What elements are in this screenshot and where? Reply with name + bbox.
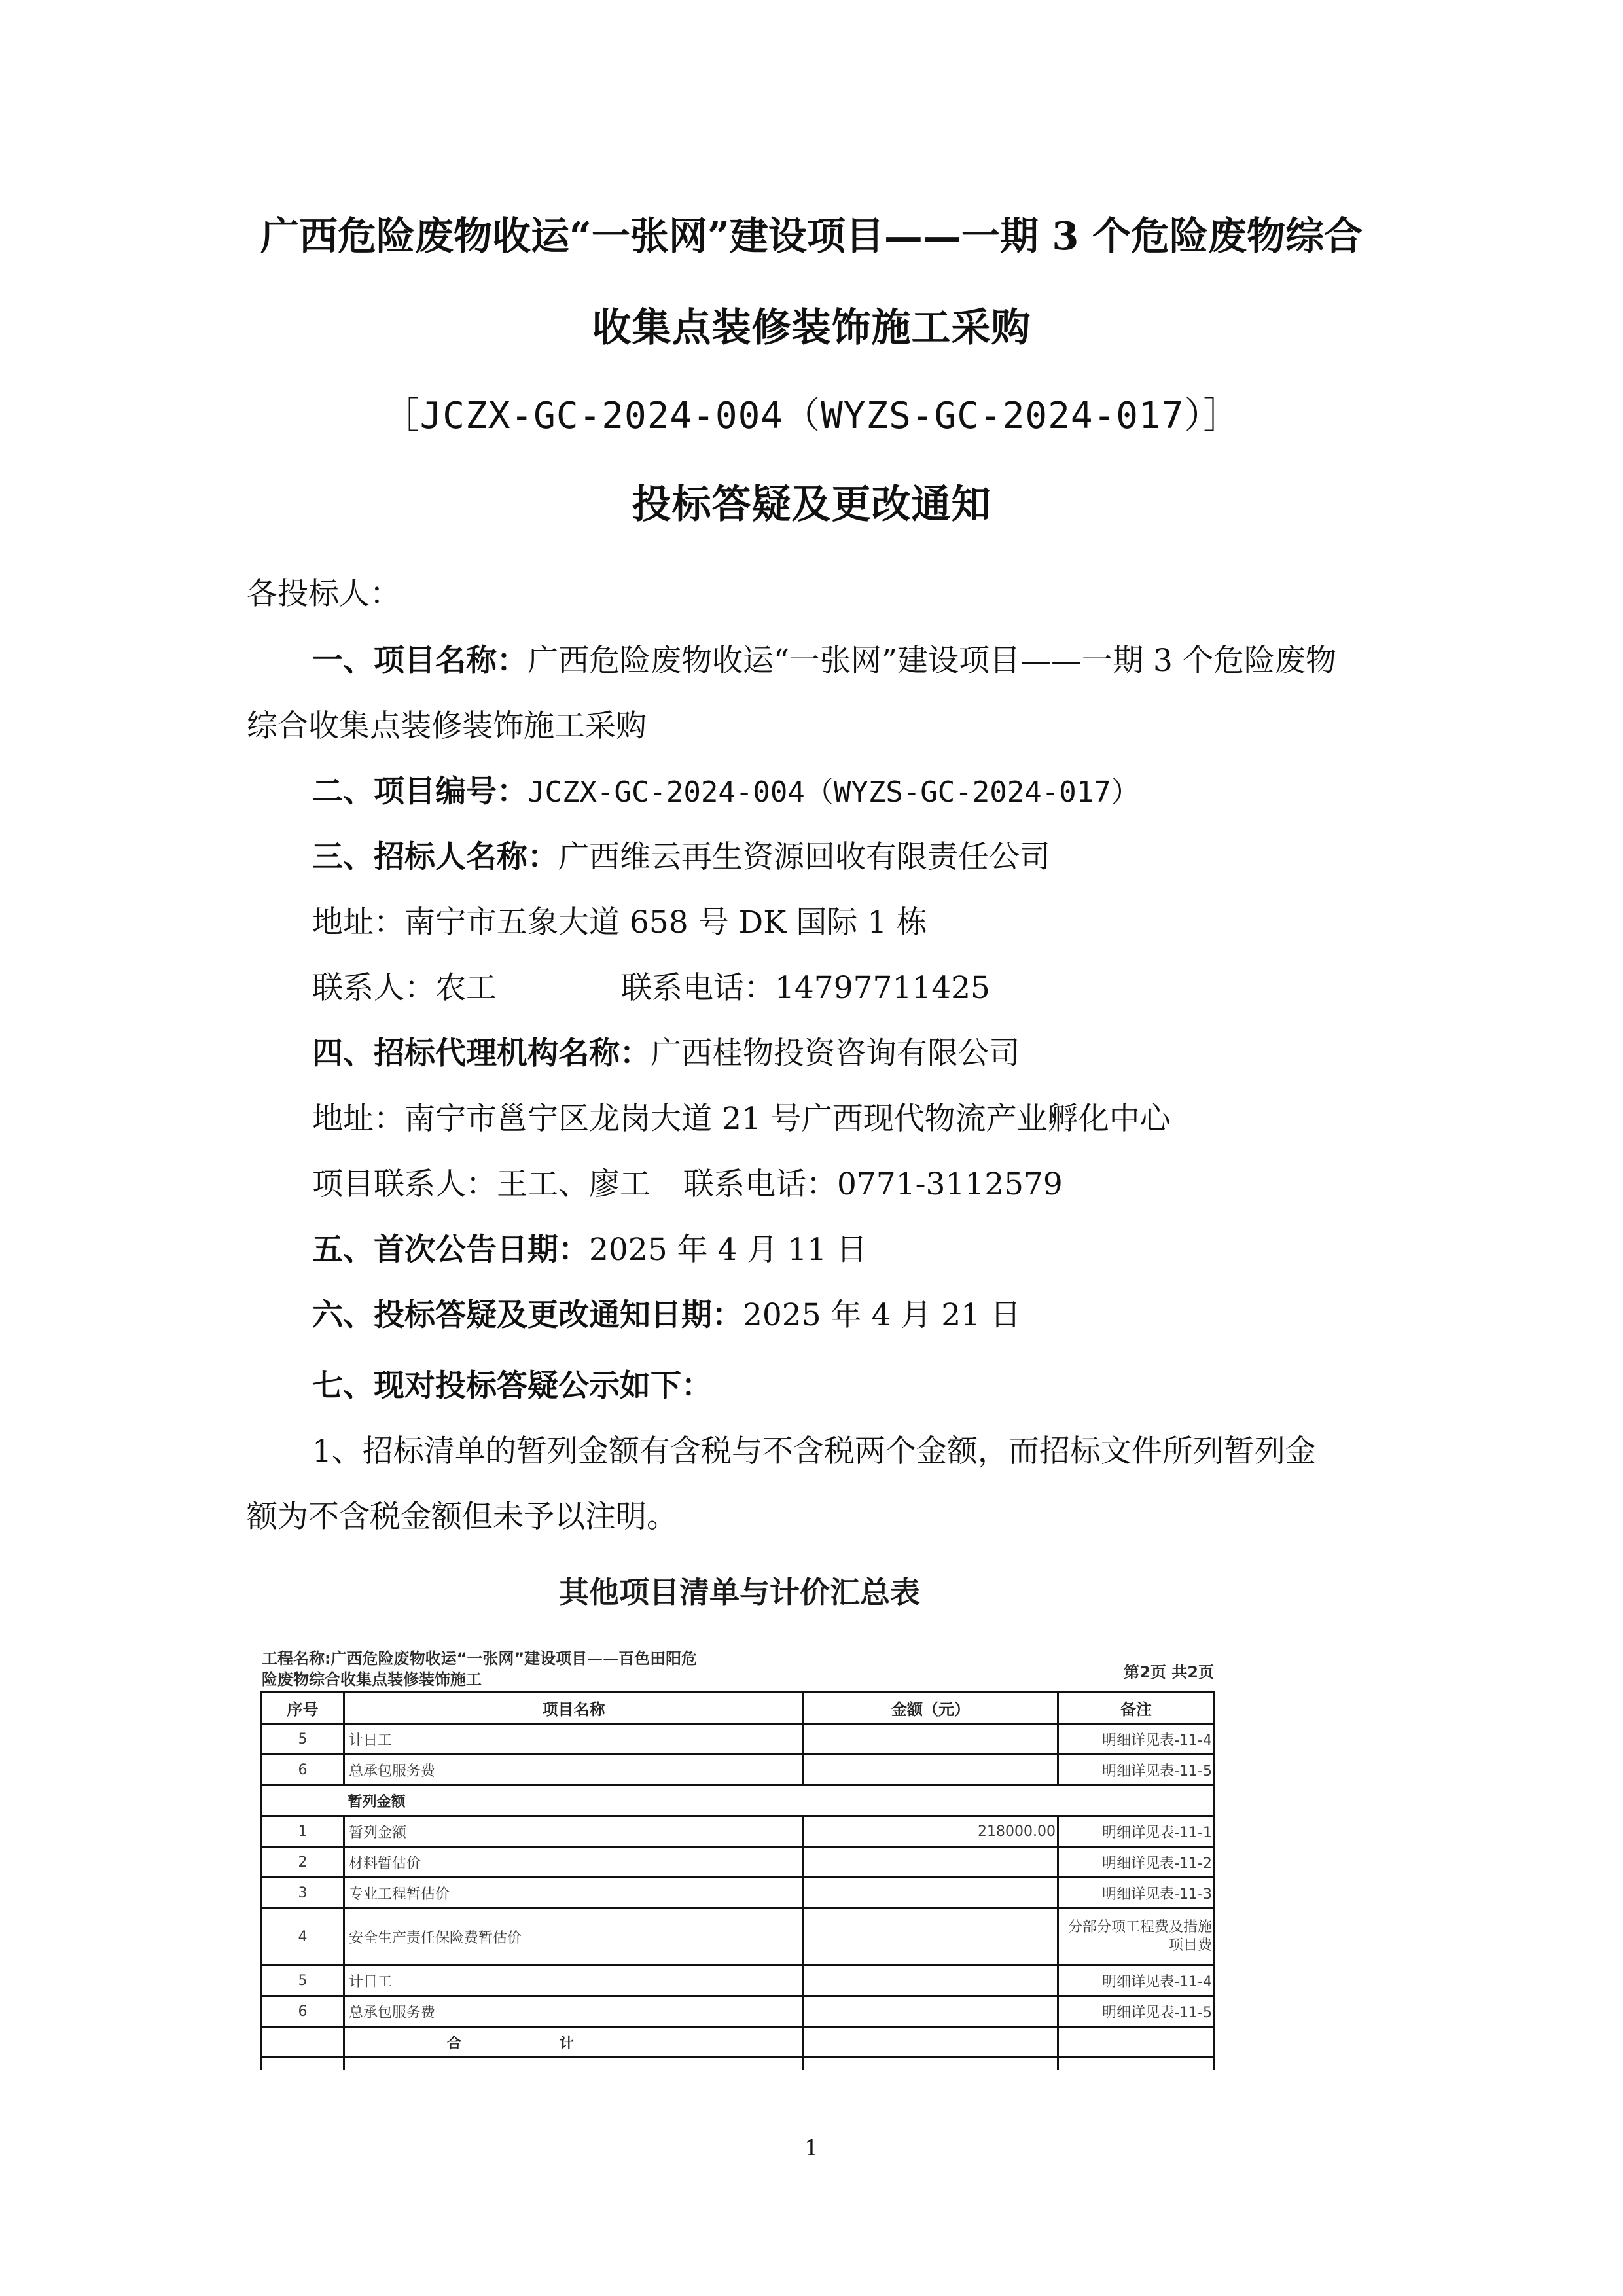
project-name-label: 一、项目名称： (312, 643, 527, 679)
cell-amount (804, 1755, 1058, 1785)
table-total-row: 合计 (262, 2027, 1215, 2058)
project-no-value: JCZX-GC-2024-004（WYZS-GC-2024-017） (527, 776, 1140, 809)
table-row: 5 计日工 明细详见表-11-4 (262, 1965, 1215, 1996)
cell-note: 明细详见表-11-5 (1058, 1755, 1215, 1785)
cell-amount: 218000.00 (804, 1816, 1058, 1847)
table-crop-mask (255, 2070, 1224, 2109)
first-notice-date-label: 五、首次公告日期： (312, 1232, 589, 1268)
cell-name: 材料暂估价 (344, 1847, 804, 1878)
cell-no: 6 (262, 1755, 344, 1785)
qa-item-1-line-1: 1、招标清单的暂列金额有含税与不含税两个金额，而招标文件所列暂列金 (312, 1433, 1316, 1470)
table-project-name-line-1: 工程名称:广西危险废物收运“一张网”建设项目——百色田阳危 (262, 1648, 864, 1669)
cell-amount (804, 1965, 1058, 1996)
agency-address: 地址：南宁市邕宁区龙岗大道 21 号广西现代物流产业孵化中心 (312, 1101, 1171, 1138)
cell-note: 明细详见表-11-3 (1058, 1878, 1215, 1909)
agency-label: 四、招标代理机构名称： (312, 1035, 651, 1071)
cell-note: 明细详见表-11-5 (1058, 1996, 1215, 2027)
project-name-continuation: 综合收集点装修装饰施工采购 (247, 708, 647, 745)
cell-no: 5 (262, 1965, 344, 1996)
first-notice-date-value: 2025 年 4 月 11 日 (589, 1232, 867, 1268)
table-section-row: 暂列金额 (262, 1785, 1215, 1816)
header-item-name: 项目名称 (344, 1692, 804, 1724)
cell-no: 5 (262, 1724, 344, 1755)
cell-amount (804, 1847, 1058, 1878)
agency-phone: 联系电话：0771-3112579 (683, 1166, 1063, 1202)
cell-no: 3 (262, 1878, 344, 1909)
table-row: 3 专业工程暂估价 明细详见表-11-3 (262, 1878, 1215, 1909)
project-name-value: 广西危险废物收运“一张网”建设项目——一期 3 个危险废物 (527, 643, 1336, 679)
table-row: 4 安全生产责任保险费暂估价 分部分项工程费及措施项目费 (262, 1909, 1215, 1965)
document-page: 广西危险废物收运“一张网”建设项目——一期 3 个危险废物综合 收集点装修装饰施… (0, 0, 1623, 2296)
agency-contact: 项目联系人：王工、廖工 (312, 1166, 651, 1202)
document-title-line-1: 广西危险废物收运“一张网”建设项目——一期 3 个危险废物综合 (236, 213, 1387, 260)
table-page-count: 第2页 共2页 (1106, 1662, 1214, 1682)
tenderer-line: 三、招标人名称：广西维云再生资源回收有限责任公司 (312, 839, 1050, 876)
change-notice-date-value: 2025 年 4 月 21 日 (743, 1297, 1021, 1333)
other-items-summary-table: 序号 项目名称 金额（元） 备注 5 计日工 明细详见表-11-4 6 总承包服… (260, 1691, 1215, 2089)
change-notice-date-line: 六、投标答疑及更改通知日期：2025 年 4 月 21 日 (312, 1297, 1021, 1334)
change-notice-date-label: 六、投标答疑及更改通知日期： (312, 1297, 743, 1333)
document-title-line-2: 收集点装修装饰施工采购 (236, 304, 1387, 351)
table-caption: 其他项目清单与计价汇总表 (249, 1574, 1230, 1611)
table-row: 1 暂列金额 218000.00 明细详见表-11-1 (262, 1816, 1215, 1847)
agency-line: 四、招标代理机构名称：广西桂物投资咨询有限公司 (312, 1035, 1020, 1072)
cell-no: 2 (262, 1847, 344, 1878)
cell-name: 专业工程暂估价 (344, 1878, 804, 1909)
cell-name: 总承包服务费 (344, 1755, 804, 1785)
header-amount: 金额（元） (804, 1692, 1058, 1724)
header-note: 备注 (1058, 1692, 1215, 1724)
tenderer-contact: 联系人：农工 (312, 970, 497, 1006)
table-row: 2 材料暂估价 明细详见表-11-2 (262, 1847, 1215, 1878)
page-number: 1 (720, 2135, 903, 2161)
qa-heading: 七、现对投标答疑公示如下： (312, 1368, 712, 1405)
tenderer-phone: 联系电话：14797711425 (621, 970, 990, 1006)
tenderer-contact-line: 联系人：农工联系电话：14797711425 (312, 970, 990, 1007)
cell-note: 明细详见表-11-1 (1058, 1816, 1215, 1847)
table-row: 5 计日工 明细详见表-11-4 (262, 1724, 1215, 1755)
project-name-line: 一、项目名称：广西危险废物收运“一张网”建设项目——一期 3 个危险废物 (312, 643, 1336, 679)
table-project-name: 工程名称:广西危险废物收运“一张网”建设项目——百色田阳危 险废物综合收集点装修… (262, 1648, 864, 1690)
cell-note: 明细详见表-11-2 (1058, 1847, 1215, 1878)
tenderer-address: 地址：南宁市五象大道 658 号 DK 国际 1 栋 (312, 905, 927, 941)
table-row: 6 总承包服务费 明细详见表-11-5 (262, 1755, 1215, 1785)
cell-amount (804, 1909, 1058, 1965)
salutation: 各投标人： (247, 576, 401, 613)
cell-no: 6 (262, 1996, 344, 2027)
cell-name: 暂列金额 (344, 1816, 804, 1847)
table-header-row: 序号 项目名称 金额（元） 备注 (262, 1692, 1215, 1724)
total-label: 合计 (344, 2027, 804, 2058)
cell-no: 1 (262, 1816, 344, 1847)
table-row: 6 总承包服务费 明细详见表-11-5 (262, 1996, 1215, 2027)
project-no-line: 二、项目编号：JCZX-GC-2024-004（WYZS-GC-2024-017… (312, 774, 1140, 811)
tenderer-label: 三、招标人名称： (312, 839, 558, 875)
notice-title: 投标答疑及更改通知 (236, 481, 1387, 528)
cell-note: 分部分项工程费及措施项目费 (1058, 1909, 1215, 1965)
cell-note: 明细详见表-11-4 (1058, 1965, 1215, 1996)
cell-amount (804, 1996, 1058, 2027)
header-no: 序号 (262, 1692, 344, 1724)
project-code-heading: ［JCZX-GC-2024-004（WYZS-GC-2024-017）］ (236, 393, 1387, 440)
qa-item-1-line-2: 额为不含税金额但未予以注明。 (247, 1499, 677, 1535)
project-no-label: 二、项目编号： (312, 774, 527, 810)
section-label: 暂列金额 (344, 1785, 1215, 1816)
cell-amount (804, 1878, 1058, 1909)
table-project-name-line-2: 险废物综合收集点装修装饰施工 (262, 1669, 864, 1690)
agency-contact-line: 项目联系人：王工、廖工联系电话：0771-3112579 (312, 1166, 1063, 1203)
first-notice-date-line: 五、首次公告日期：2025 年 4 月 11 日 (312, 1232, 867, 1268)
tenderer-value: 广西维云再生资源回收有限责任公司 (558, 839, 1050, 875)
cell-amount (804, 1724, 1058, 1755)
cell-note: 明细详见表-11-4 (1058, 1724, 1215, 1755)
cell-name: 安全生产责任保险费暂估价 (344, 1909, 804, 1965)
agency-value: 广西桂物投资咨询有限公司 (651, 1035, 1020, 1071)
cell-name: 总承包服务费 (344, 1996, 804, 2027)
cell-name: 计日工 (344, 1965, 804, 1996)
cell-no: 4 (262, 1909, 344, 1965)
cell-name: 计日工 (344, 1724, 804, 1755)
